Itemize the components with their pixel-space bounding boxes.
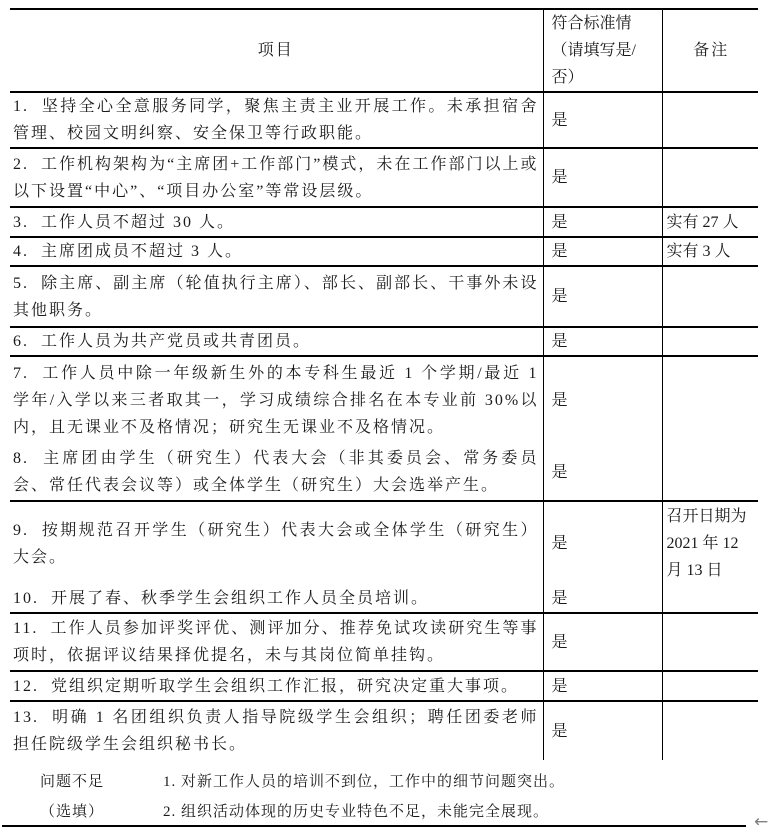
note-item: 2. 组织活动体现的历史专业特色不足，未能完全展现。 <box>163 797 565 827</box>
notes-label-line1: 问题不足 <box>40 767 163 797</box>
line-break-arrow-icon: ← <box>754 812 768 829</box>
table-row: 4. 主席团成员不超过 3 人。 是 实有 3 人 <box>10 237 758 266</box>
remark-value <box>662 701 758 760</box>
page-bottom-rule <box>2 825 746 827</box>
item-text: 9. 按期规范召开学生（研究生）代表大会或全体学生（研究生）大会。 <box>10 501 543 585</box>
table-row: 11. 工作人员参加评奖评优、测评加分、推荐免试攻读研究生等事项时，依据评议结果… <box>10 613 758 671</box>
table-row: 9. 按期规范召开学生（研究生）代表大会或全体学生（研究生）大会。 是 召开日期… <box>10 501 758 585</box>
remark-value: 实有 3 人 <box>662 237 758 266</box>
remark-value: 实有 27 人 <box>662 207 758 237</box>
status-value: 是 <box>543 266 662 327</box>
remark-value <box>662 92 758 148</box>
table-row: 8. 主席团由学生（研究生）代表大会（非其委员会、常务委员会、常任代表会议等）或… <box>10 444 758 501</box>
status-value: 是 <box>543 701 662 760</box>
notes-body: 1. 对新工作人员的培训不到位，工作中的细节问题突出。 2. 组织活动体现的历史… <box>163 767 565 827</box>
remark-value <box>662 266 758 327</box>
document-page: 项目 符合标准情 （请填写是/ 否） 备注 1. 坚持全心全意服务同学，聚焦主责… <box>0 8 778 829</box>
item-text: 10. 开展了春、秋季学生会组织工作人员全员培训。 <box>10 585 543 613</box>
item-text: 7. 工作人员中除一年级新生外的本专科生最近 1 个学期/最近 1 学年/入学以… <box>10 356 543 444</box>
status-value: 是 <box>543 585 662 613</box>
item-text: 8. 主席团由学生（研究生）代表大会（非其委员会、常务委员会、常任代表会议等）或… <box>10 444 543 501</box>
notes-label-line2: （选填） <box>40 797 163 827</box>
remark-value <box>662 585 758 613</box>
notes-section: 问题不足 （选填） 1. 对新工作人员的培训不到位，工作中的细节问题突出。 2.… <box>40 767 778 827</box>
item-text: 6. 工作人员为共产党员或共青团员。 <box>10 327 543 356</box>
table-row: 10. 开展了春、秋季学生会组织工作人员全员培训。 是 <box>10 585 758 613</box>
item-text: 4. 主席团成员不超过 3 人。 <box>10 237 543 266</box>
remark-value <box>662 148 758 207</box>
header-remark-column: 备注 <box>662 9 758 92</box>
status-value: 是 <box>543 207 662 237</box>
status-value: 是 <box>543 671 662 701</box>
item-text: 12. 党组织定期听取学生会组织工作汇报，研究决定重大事项。 <box>10 671 543 701</box>
status-value: 是 <box>543 148 662 207</box>
item-text: 2. 工作机构架构为“主席团+工作部门”模式，未在工作部门以上或以下设置“中心”… <box>10 148 543 207</box>
status-value: 是 <box>543 444 662 501</box>
table-row: 1. 坚持全心全意服务同学，聚焦主责主业开展工作。未承担宿舍管理、校园文明纠察、… <box>10 92 758 148</box>
table-row: 5. 除主席、副主席（轮值执行主席）、部长、副部长、干事外未设其他职务。 是 <box>10 266 758 327</box>
item-text: 13. 明确 1 名团组织负责人指导院级学生会组织；聘任团委老师担任院级学生会组… <box>10 701 543 760</box>
table-header-row: 项目 符合标准情 （请填写是/ 否） 备注 <box>10 9 758 92</box>
note-item: 1. 对新工作人员的培训不到位，工作中的细节问题突出。 <box>163 767 565 797</box>
header-status-column: 符合标准情 （请填写是/ 否） <box>543 9 662 92</box>
status-value: 是 <box>543 501 662 585</box>
item-text: 5. 除主席、副主席（轮值执行主席）、部长、副部长、干事外未设其他职务。 <box>10 266 543 327</box>
table-row: 6. 工作人员为共产党员或共青团员。 是 <box>10 327 758 356</box>
status-value: 是 <box>543 92 662 148</box>
remark-value: 召开日期为 2021 年 12 月 13 日 <box>662 501 758 585</box>
status-value: 是 <box>543 327 662 356</box>
remark-value <box>662 356 758 444</box>
table-row: 13. 明确 1 名团组织负责人指导院级学生会组织；聘任团委老师担任院级学生会组… <box>10 701 758 760</box>
status-value: 是 <box>543 237 662 266</box>
status-value: 是 <box>543 613 662 671</box>
compliance-check-table: 项目 符合标准情 （请填写是/ 否） 备注 1. 坚持全心全意服务同学，聚焦主责… <box>10 8 758 760</box>
remark-value <box>662 613 758 671</box>
table-row: 3. 工作人员不超过 30 人。 是 实有 27 人 <box>10 207 758 237</box>
header-item-column: 项目 <box>10 9 543 92</box>
item-text: 11. 工作人员参加评奖评优、测评加分、推荐免试攻读研究生等事项时，依据评议结果… <box>10 613 543 671</box>
remark-value <box>662 671 758 701</box>
table-row: 7. 工作人员中除一年级新生外的本专科生最近 1 个学期/最近 1 学年/入学以… <box>10 356 758 444</box>
remark-value <box>662 327 758 356</box>
notes-label: 问题不足 （选填） <box>40 767 163 827</box>
table-row: 12. 党组织定期听取学生会组织工作汇报，研究决定重大事项。 是 <box>10 671 758 701</box>
table-row: 2. 工作机构架构为“主席团+工作部门”模式，未在工作部门以上或以下设置“中心”… <box>10 148 758 207</box>
remark-value <box>662 444 758 501</box>
status-value: 是 <box>543 356 662 444</box>
item-text: 1. 坚持全心全意服务同学，聚焦主责主业开展工作。未承担宿舍管理、校园文明纠察、… <box>10 92 543 148</box>
item-text: 3. 工作人员不超过 30 人。 <box>10 207 543 237</box>
